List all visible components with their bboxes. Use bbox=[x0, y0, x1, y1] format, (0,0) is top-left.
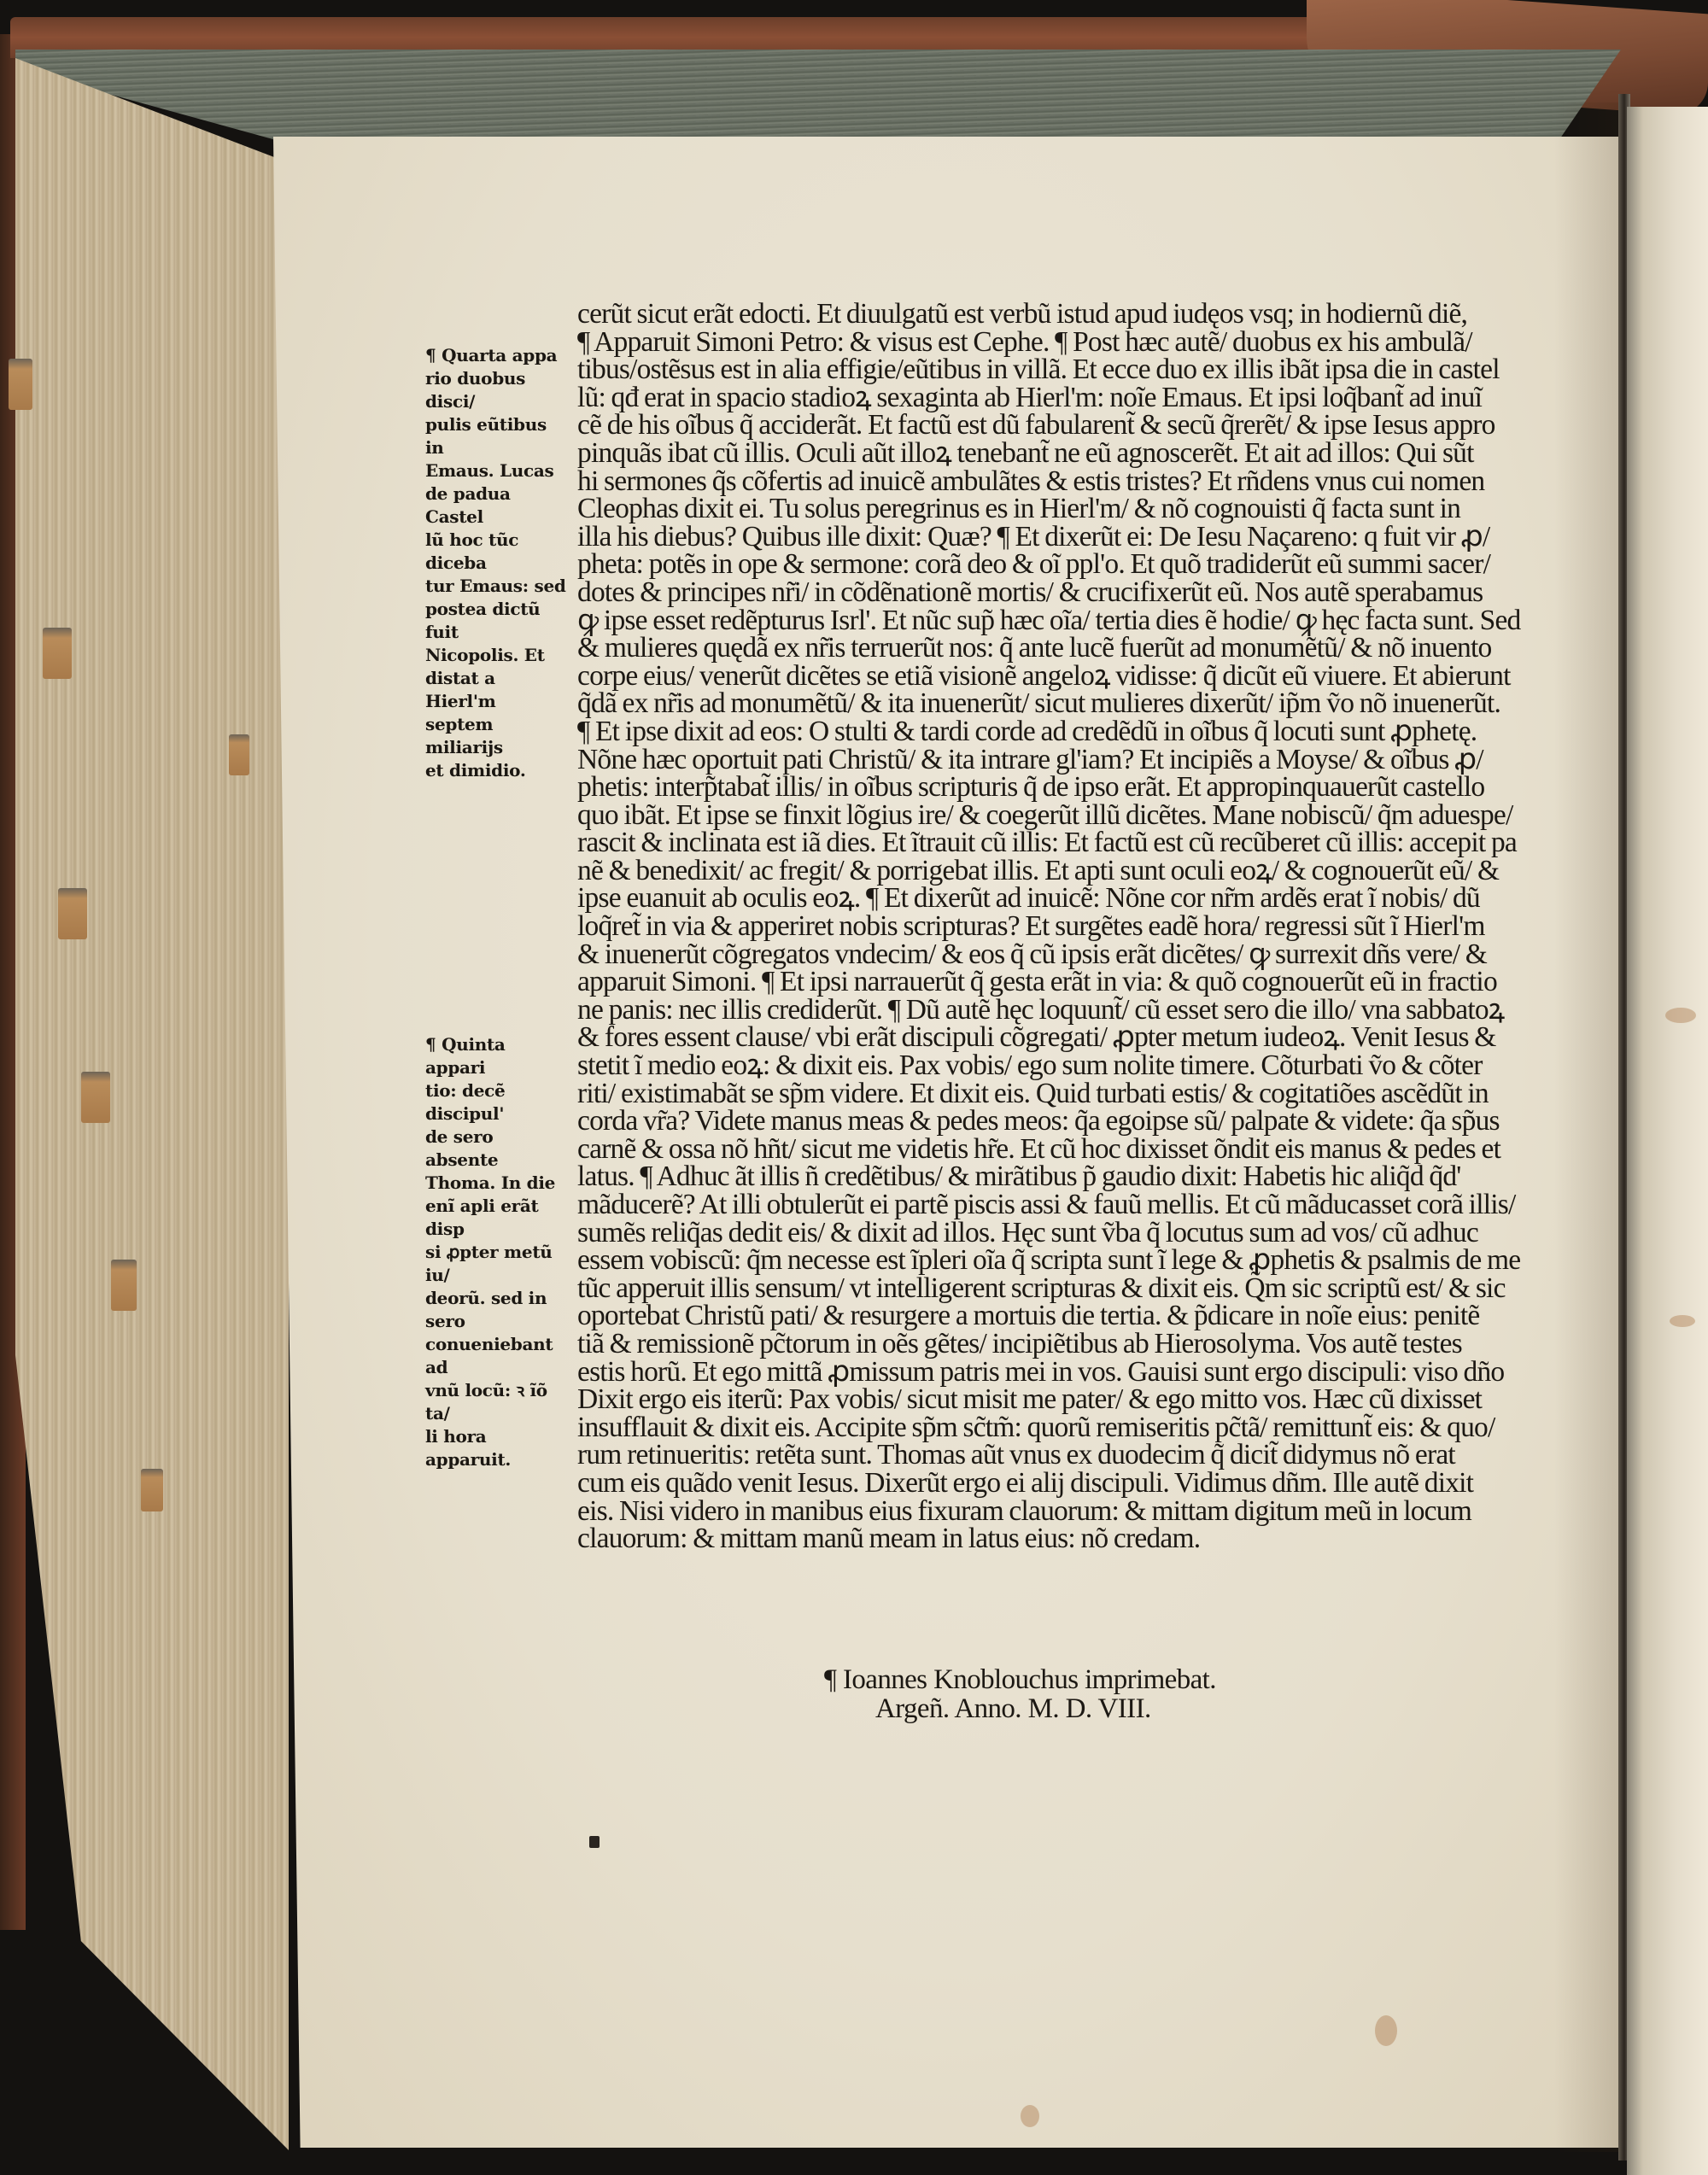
text-line: cẽ de his oĩbus q̃ acciderãt. Et factũ e… bbox=[577, 412, 1495, 440]
text-block-top-edge bbox=[15, 50, 1621, 143]
text-line: pinquãs ibat cũ illis. Oculi aũt illoꝝ t… bbox=[577, 440, 1495, 468]
text-line: q̃dã ex nr̃is ad monumẽtũ/ & ita inuener… bbox=[577, 690, 1495, 718]
text-line: tũc apperuit illis sensum/ vt intelliger… bbox=[577, 1275, 1495, 1303]
text-line: ne panis: nec illis crediderũt. ¶ Dũ aut… bbox=[577, 997, 1495, 1025]
text-line: lũ: qđ erat in spacio stadioꝝ sexaginta … bbox=[577, 384, 1495, 412]
margin-note-line: septem miliarijs bbox=[425, 713, 570, 759]
text-line: pheta: potẽs in ope & sermone: corã deo … bbox=[577, 551, 1495, 579]
text-line: & inuenerũt cõgregatos vndecim/ & eos q̃… bbox=[577, 941, 1495, 969]
text-line: & mulieres quędã ex nr̃is terruerũt nos:… bbox=[577, 634, 1495, 663]
text-line: corda vr̃a? Videte manus meas & pedes me… bbox=[577, 1108, 1495, 1136]
foxing-stain bbox=[1670, 1315, 1695, 1327]
text-line: eis. Nisi videro in manibus eius fixuram… bbox=[577, 1498, 1495, 1526]
page-stack-fore-edge bbox=[15, 58, 289, 2150]
margin-note-line: de sero absente bbox=[425, 1126, 570, 1172]
text-line: rascit & inclinata est iã dies. Et ĩtrau… bbox=[577, 829, 1495, 857]
fore-edge-tab bbox=[229, 734, 249, 775]
margin-note-line: conueniebant ad bbox=[425, 1333, 570, 1379]
foxing-stain bbox=[1375, 2015, 1397, 2046]
text-line: mãducerẽ? At illi obtulerũt ei partẽ pis… bbox=[577, 1191, 1495, 1219]
text-line: hi sermones q̃s cõfertis ad inuicẽ ambul… bbox=[577, 468, 1495, 496]
text-line: ¶ Apparuit Simoni Petro: & visus est Cep… bbox=[577, 329, 1495, 357]
text-line: insufflauit & dixit eis. Accipite sp̃m s… bbox=[577, 1414, 1495, 1442]
margin-note-line: vnũ locũ: ꝛ ĩõ ta/ bbox=[425, 1379, 570, 1425]
page-gutter-shadow bbox=[1554, 102, 1623, 2152]
text-line: nẽ & benedixit/ ac fregit/ & porrigebat … bbox=[577, 857, 1495, 886]
margin-note-line: et dimidio. bbox=[425, 759, 570, 782]
fore-edge-tab bbox=[43, 628, 72, 679]
text-line: sumẽs reliq̃as dedit eis/ & dixit ad ill… bbox=[577, 1219, 1495, 1248]
text-line: quo ibãt. Et ipse se finxit lõgius ire/ … bbox=[577, 802, 1495, 830]
text-line: riti/ existimabãt se sp̃m videre. Et dix… bbox=[577, 1080, 1495, 1108]
main-text-block: cerũt sicut erãt edocti. Et diuulgatũ es… bbox=[577, 301, 1495, 1553]
facing-page-sliver bbox=[1627, 107, 1708, 2175]
text-line: cerũt sicut erãt edocti. Et diuulgatũ es… bbox=[577, 301, 1495, 329]
margin-note-line: distat a Hierl'm bbox=[425, 667, 570, 713]
text-line: apparuit Simoni. ¶ Et ipsi narrauerũt q̃… bbox=[577, 968, 1495, 997]
margin-note-line: pulis eũtibus in bbox=[425, 413, 570, 459]
margin-note-line: deorũ. sed in sero bbox=[425, 1287, 570, 1333]
fore-edge-tab bbox=[81, 1072, 110, 1123]
text-line: carnẽ & ossa nõ hñt/ sicut me videtis hr… bbox=[577, 1136, 1495, 1164]
text-line: loq̃ret̃ in via & apperiret nobis script… bbox=[577, 913, 1495, 941]
text-line: Cleophas dixit ei. Tu solus peregrinus e… bbox=[577, 495, 1495, 523]
text-line: ipse euanuit ab oculis eoꝝ. ¶ Et dixerũt… bbox=[577, 885, 1495, 913]
text-line: estis horũ. Et ego mittã ꝓmissum patris … bbox=[577, 1359, 1495, 1387]
colophon: ¶ Ioannes Knoblouchus imprimebat. Argeñ.… bbox=[824, 1665, 1337, 1723]
text-line: oportebat Christũ pati/ & resurgere a mo… bbox=[577, 1302, 1495, 1330]
text-line: rum retinueritis: retẽta sunt. Thomas aũ… bbox=[577, 1441, 1495, 1470]
text-line: ꝙ ipse esset redẽpturus Isrl'. Et nũc su… bbox=[577, 607, 1495, 635]
margin-note-line: tio: decẽ discipul' bbox=[425, 1079, 570, 1126]
margin-note-line: si ꝓpter metũ iu/ bbox=[425, 1241, 570, 1287]
text-line: phetis: interp̃tabat̃ illis/ in oĩbus sc… bbox=[577, 774, 1495, 802]
margin-note-line: enĩ apli erãt disp bbox=[425, 1195, 570, 1241]
margin-note-line: tur Emaus: sed bbox=[425, 575, 570, 598]
text-line: & fores essent clause/ vbi erãt discipul… bbox=[577, 1024, 1495, 1052]
colophon-printer-line: ¶ Ioannes Knoblouchus imprimebat. bbox=[824, 1665, 1337, 1694]
margin-note-line: postea dictũ fuit bbox=[425, 598, 570, 644]
colophon-date-line: Argeñ. Anno. M. D. VIII. bbox=[824, 1694, 1337, 1723]
text-line: corpe eius/ venerũt dicẽtes se etiã visi… bbox=[577, 663, 1495, 691]
fore-edge-tab bbox=[141, 1469, 163, 1511]
text-line: Dixit ergo eis iterũ: Pax vobis/ sicut m… bbox=[577, 1386, 1495, 1414]
text-line: Nõne hæc oportuit pati Christũ/ & ita in… bbox=[577, 746, 1495, 775]
foxing-stain bbox=[1665, 1008, 1696, 1023]
text-line: latus. ¶ Adhuc ãt illis ñ credẽtibus/ & … bbox=[577, 1163, 1495, 1191]
margin-note-quinta-apparitio: ¶ Quinta appari tio: decẽ discipul' de s… bbox=[425, 1033, 570, 1471]
fore-edge-tab bbox=[111, 1260, 137, 1311]
margin-note-line: Thoma. In die bbox=[425, 1172, 570, 1195]
fore-edge-tab bbox=[58, 888, 87, 939]
text-line: tiã & remissionẽ pc̃torum in oẽs gẽtes/ … bbox=[577, 1330, 1495, 1359]
margin-note-line: ¶ Quinta appari bbox=[425, 1033, 570, 1079]
text-line: stetit ĩ medio eoꝝ: & dixit eis. Pax vob… bbox=[577, 1052, 1495, 1080]
margin-note-line: Nicopolis. Et bbox=[425, 644, 570, 667]
margin-note-line: de padua Castel bbox=[425, 482, 570, 529]
ink-blot bbox=[589, 1836, 600, 1848]
text-line: illa his diebus? Quibus ille dixit: Quæ?… bbox=[577, 523, 1495, 552]
text-line: clauorum: & mittam manũ meam in latus ei… bbox=[577, 1525, 1495, 1553]
margin-note-line: ¶ Quarta appa bbox=[425, 344, 570, 367]
margin-note-line: rio duobus disci/ bbox=[425, 367, 570, 413]
text-line: essem vobiscũ: q̃m necesse est ĩpleri oĩ… bbox=[577, 1247, 1495, 1275]
margin-note-quarta-apparitio: ¶ Quarta appa rio duobus disci/ pulis eũ… bbox=[425, 344, 570, 782]
margin-note-line: li hora apparuit. bbox=[425, 1425, 570, 1471]
text-line: tibus/ostẽsus est in alia effigie/eũtibu… bbox=[577, 356, 1495, 384]
text-line: cum eis quãdo venit Iesus. Dixerũt ergo … bbox=[577, 1470, 1495, 1498]
margin-note-line: lũ hoc tũc diceba bbox=[425, 529, 570, 575]
text-line: ¶ Et ipse dixit ad eos: O stulti & tardi… bbox=[577, 718, 1495, 746]
text-line: dotes & principes nr̃i/ in cõdẽnationẽ m… bbox=[577, 579, 1495, 607]
foxing-stain bbox=[1021, 2105, 1039, 2127]
margin-note-line: Emaus. Lucas bbox=[425, 459, 570, 482]
fore-edge-tab bbox=[9, 359, 32, 410]
